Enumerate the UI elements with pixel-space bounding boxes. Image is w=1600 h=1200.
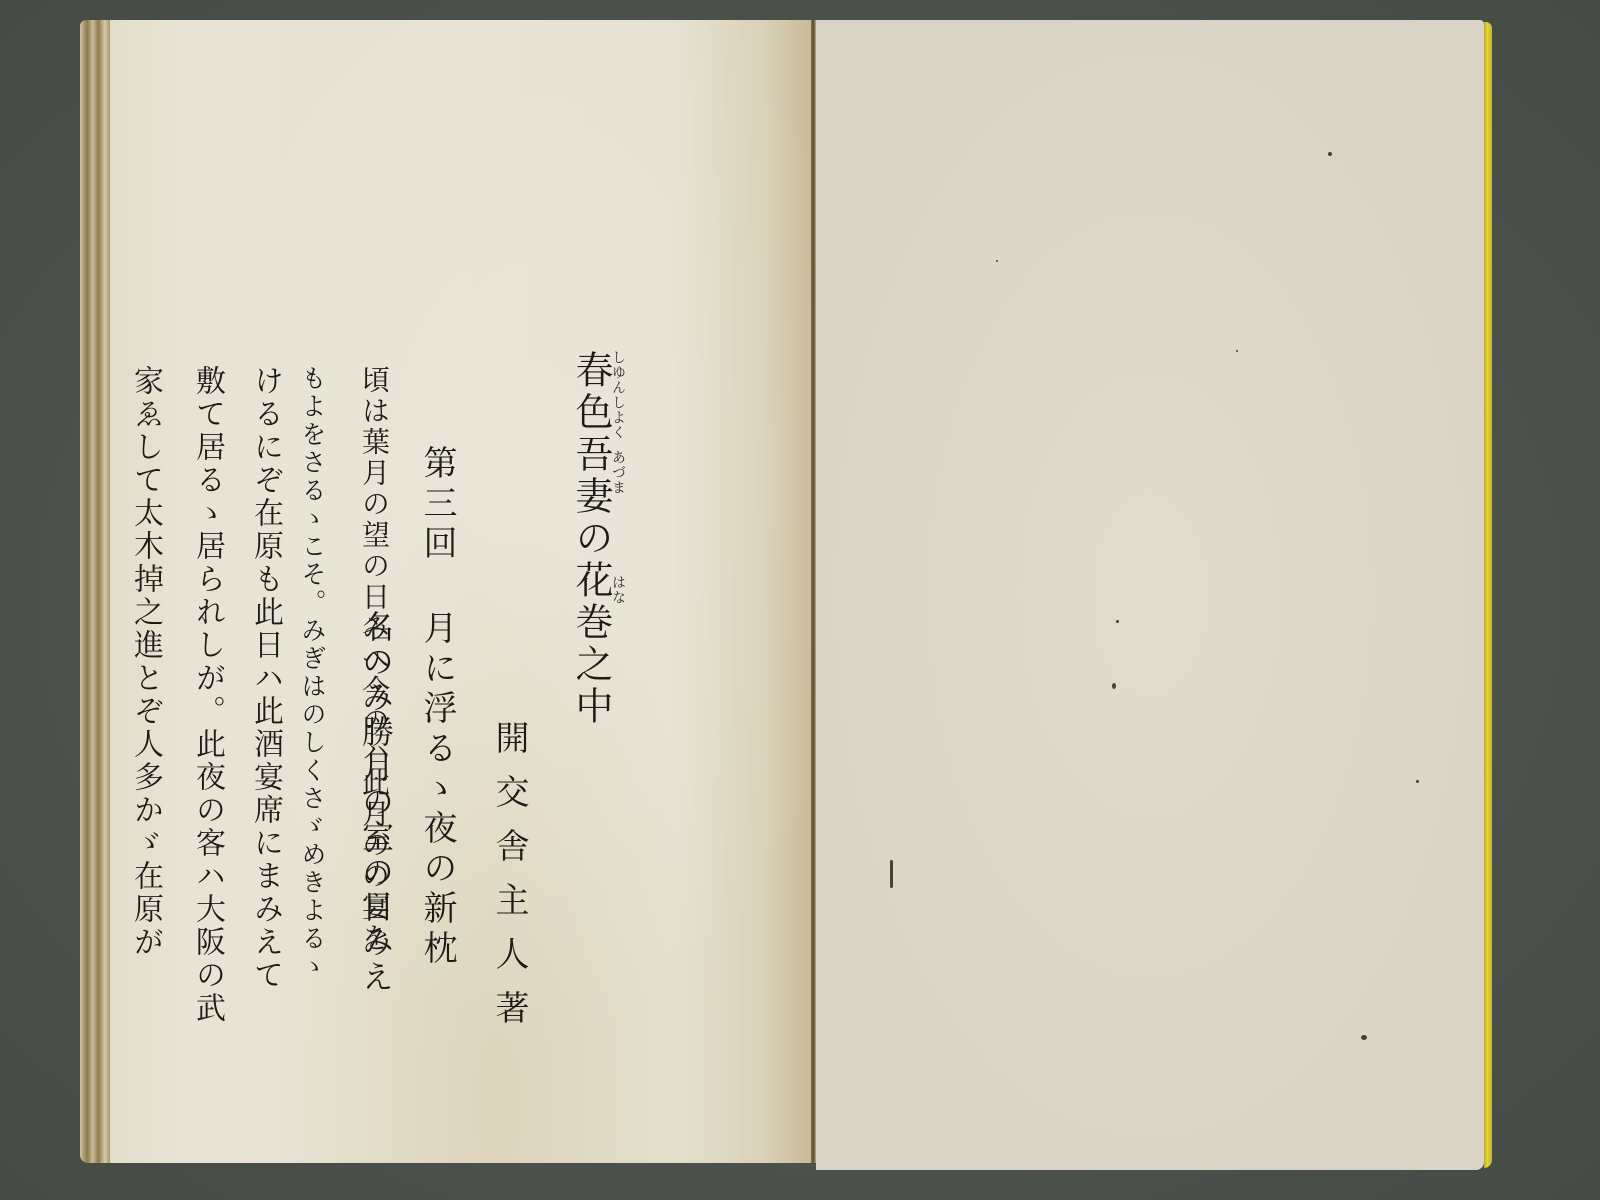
book-title: 春色吾妻の花巻之中 (572, 350, 610, 728)
body-line: もよをさるゝこそ。みぎはのしくさゞめきよるゝ (300, 365, 325, 981)
cover-edge (1484, 22, 1492, 1168)
right-page-blank (816, 20, 1484, 1170)
body-line: けるにぞ在原も此日ハ此酒宴席にまみえて (250, 365, 280, 992)
chapter-heading-line: 月に浮るゝ夜の新枕 (420, 610, 454, 970)
chapter-number: 第三回 (420, 445, 454, 565)
author-credit: 開交舎主人著 (492, 720, 526, 1044)
title-ruby-2: あづま (608, 450, 628, 495)
left-page: 春色吾妻の花巻之中 しゆんしよく あづま はな 開交舎主人著 第三回 月に浮るゝ… (110, 20, 815, 1163)
body-line: 家ゑして太木掉之進とぞ人多かゞ在原が (130, 365, 160, 959)
open-book: 春色吾妻の花巻之中 しゆんしよく あづま はな 開交舎主人著 第三回 月に浮るゝ… (0, 0, 1600, 1200)
title-ruby-3: はな (608, 575, 628, 605)
body-line: 敷て居るゝ居られしが。此夜の客ハ大阪の武 (192, 365, 222, 1025)
title-ruby-1: しゆんしよく (608, 350, 628, 440)
body-line: 頃は葉月の望の日みへ今のハ此月のの宴を (360, 365, 388, 954)
